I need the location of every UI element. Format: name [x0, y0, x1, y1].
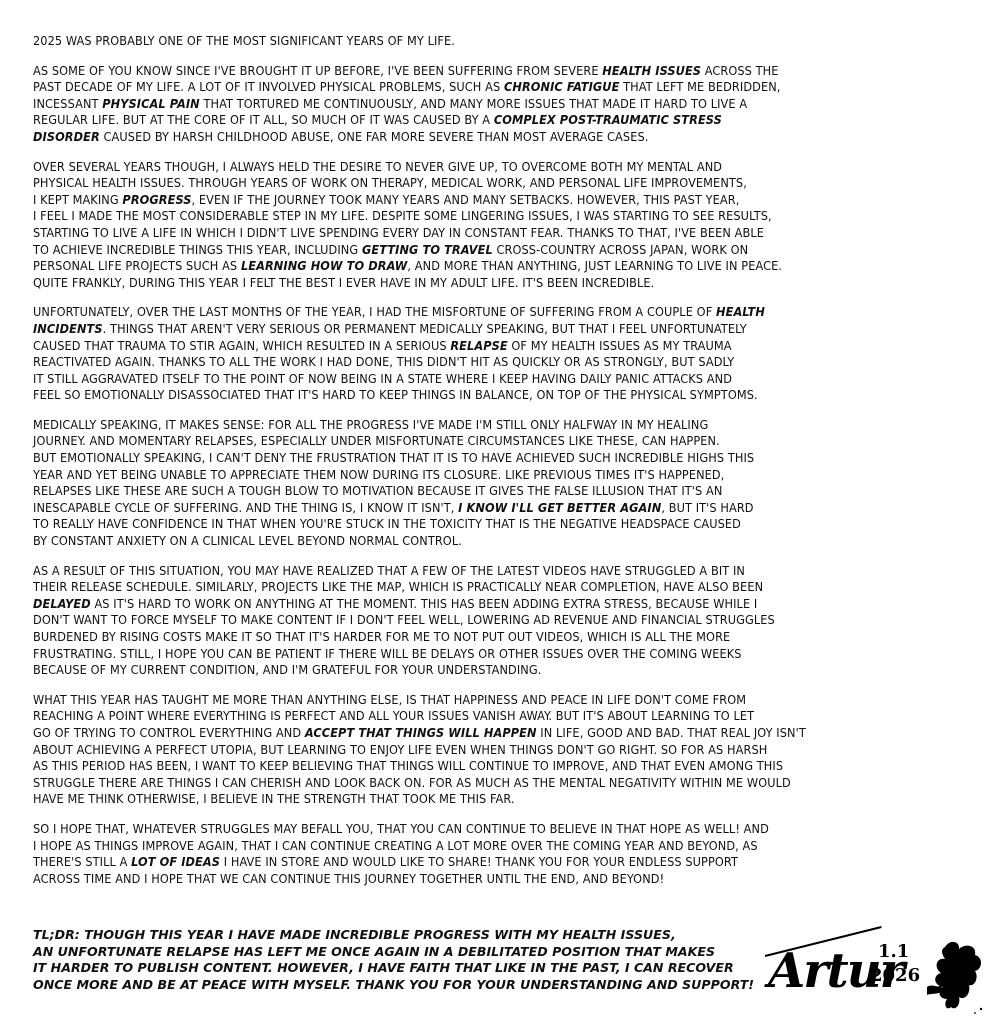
text-segment: physical health issues. Through years of…: [33, 175, 747, 190]
text-line: inescapable cycle of suffering. And the …: [33, 500, 978, 517]
tldr-line: once more and be at peace with myself. T…: [33, 977, 773, 994]
text-line: struggle there are things I can cherish …: [33, 775, 978, 792]
emphasized-text: I know I'll get better again: [458, 500, 661, 515]
text-segment: to really have confidence in that when y…: [33, 516, 741, 531]
text-segment: , and more than anything, just learning …: [407, 258, 782, 273]
emphasized-text: physical pain: [102, 96, 200, 111]
tldr-line: an unfortunate relapse has left me once …: [33, 944, 773, 961]
text-segment: past decade of my life. A lot of it invo…: [33, 79, 504, 94]
emphasized-text: lot of ideas: [131, 854, 220, 869]
emphasized-text: chronic fatigue: [504, 79, 619, 94]
text-line: incessant physical pain that tortured me…: [33, 96, 978, 113]
text-segment: in life, good and bad. That real joy isn…: [537, 725, 806, 740]
tldr-summary: TL;DR: Though this year I have made incr…: [33, 927, 773, 993]
text-segment: , but it's hard: [661, 500, 753, 515]
text-line: journey. And momentary relapses, especia…: [33, 433, 978, 450]
emphasized-text: health: [716, 304, 765, 319]
paragraph: As some of you know since I've brought i…: [33, 63, 978, 146]
text-line: I feel I made the most considerable step…: [33, 208, 978, 225]
emphasized-text: learning how to draw: [241, 258, 407, 273]
text-segment: year and yet being unable to appreciate …: [33, 467, 724, 482]
text-line: past decade of my life. A lot of it invo…: [33, 79, 978, 96]
text-line: relapses like these are such a tough blo…: [33, 483, 978, 500]
text-segment: across the: [701, 63, 779, 78]
text-line: frustrating. Still, I hope you can be pa…: [33, 646, 978, 663]
text-segment: of my health issues as my trauma: [508, 338, 732, 353]
text-segment: caused that trauma to stir again, which …: [33, 338, 450, 353]
text-line: don't want to force myself to make conte…: [33, 612, 978, 629]
text-segment: journey. And momentary relapses, especia…: [33, 433, 720, 448]
text-line: to really have confidence in that when y…: [33, 516, 978, 533]
text-line: year and yet being unable to appreciate …: [33, 467, 978, 484]
text-line: regular life. But at the core of it all,…: [33, 112, 978, 129]
emphasized-text: getting to travel: [362, 242, 493, 257]
text-segment: it still aggravated itself to the point …: [33, 371, 732, 386]
emphasized-text: disorder: [33, 129, 100, 144]
text-line: across time and I hope that we can conti…: [33, 871, 978, 888]
text-segment: caused by harsh childhood abuse, one far…: [100, 129, 649, 144]
text-line: it still aggravated itself to the point …: [33, 371, 978, 388]
text-line: as this period has been, I want to keep …: [33, 758, 978, 775]
text-segment: their release schedule. Similarly, proje…: [33, 579, 763, 594]
text-line: burdened by rising costs make it so that…: [33, 629, 978, 646]
letter-body: 2025 was probably one of the most signif…: [33, 33, 978, 900]
text-line: Over several years though, I always held…: [33, 159, 978, 176]
text-segment: As some of you know since I've brought i…: [33, 63, 602, 78]
text-segment: Medically speaking, it makes sense: for …: [33, 417, 708, 432]
text-segment: regular life. But at the core of it all,…: [33, 112, 494, 127]
paragraph: Over several years though, I always held…: [33, 159, 978, 292]
ink-character-sketch-icon: [925, 937, 987, 1015]
text-line: incidents. Things that aren't very serio…: [33, 321, 978, 338]
tldr-line: it harder to publish content. However, I…: [33, 960, 773, 977]
text-line: I hope as things improve again, that I c…: [33, 838, 978, 855]
text-line: 2025 was probably one of the most signif…: [33, 33, 978, 50]
text-segment: across time and I hope that we can conti…: [33, 871, 664, 886]
text-segment: struggle there are things I can cherish …: [33, 775, 791, 790]
text-segment: to achieve incredible things this year, …: [33, 242, 362, 257]
text-line: to achieve incredible things this year, …: [33, 242, 978, 259]
text-segment: What this year has taught me more than a…: [33, 692, 746, 707]
text-segment: I have in store and would like to share!…: [220, 854, 738, 869]
text-segment: incessant: [33, 96, 102, 111]
text-line: As some of you know since I've brought i…: [33, 63, 978, 80]
paragraph: Unfortunately, over the last months of t…: [33, 304, 978, 404]
text-line: As a result of this situation, you may h…: [33, 563, 978, 580]
text-line: Quite frankly, during this year I felt t…: [33, 275, 978, 292]
paragraph: So I hope that, whatever struggles may b…: [33, 821, 978, 887]
text-segment: as this period has been, I want to keep …: [33, 758, 783, 773]
text-line: about achieving a perfect utopia, but le…: [33, 742, 978, 759]
tldr-line: TL;DR: Though this year I have made incr…: [33, 927, 773, 944]
text-segment: But emotionally speaking, I can't deny t…: [33, 450, 754, 465]
text-segment: that tortured me continuously, and many …: [200, 96, 747, 111]
text-line: So I hope that, whatever struggles may b…: [33, 821, 978, 838]
text-segment: So I hope that, whatever struggles may b…: [33, 821, 769, 836]
emphasized-text: delayed: [33, 596, 91, 611]
text-line: Unfortunately, over the last months of t…: [33, 304, 978, 321]
text-line: feel so emotionally disassociated that i…: [33, 387, 978, 404]
paragraph: Medically speaking, it makes sense: for …: [33, 417, 978, 550]
text-segment: Over several years though, I always held…: [33, 159, 722, 174]
text-line: go of trying to control everything and a…: [33, 725, 978, 742]
text-segment: 2025 was probably one of the most signif…: [33, 33, 455, 48]
signature-year: 2026: [870, 965, 920, 986]
paragraph: What this year has taught me more than a…: [33, 692, 978, 808]
text-line: there's still a lot of ideas I have in s…: [33, 854, 978, 871]
text-segment: about achieving a perfect utopia, but le…: [33, 742, 767, 757]
text-segment: As a result of this situation, you may h…: [33, 563, 745, 578]
emphasized-text: relapse: [450, 338, 507, 353]
text-line: have me think otherwise, I believe in th…: [33, 791, 978, 808]
text-line: But emotionally speaking, I can't deny t…: [33, 450, 978, 467]
text-line: their release schedule. Similarly, proje…: [33, 579, 978, 596]
text-line: because of my current condition, and I'm…: [33, 662, 978, 679]
text-line: personal life projects such as learning …: [33, 258, 978, 275]
text-line: reactivated again. Thanks to all the wor…: [33, 354, 978, 371]
paragraph: As a result of this situation, you may h…: [33, 563, 978, 679]
text-line: delayed as it's hard to work on anything…: [33, 596, 978, 613]
text-segment: I feel I made the most considerable step…: [33, 208, 772, 223]
text-segment: don't want to force myself to make conte…: [33, 612, 775, 627]
text-segment: frustrating. Still, I hope you can be pa…: [33, 646, 742, 661]
text-segment: reactivated again. Thanks to all the wor…: [33, 354, 734, 369]
text-line: What this year has taught me more than a…: [33, 692, 978, 709]
emphasized-text: complex post-traumatic stress: [494, 112, 722, 127]
text-line: reaching a point where everything is per…: [33, 708, 978, 725]
paragraph: 2025 was probably one of the most signif…: [33, 33, 978, 50]
text-segment: cross-country across Japan, work on: [493, 242, 748, 257]
text-segment: starting to live a life in which I didn'…: [33, 225, 764, 240]
text-segment: feel so emotionally disassociated that i…: [33, 387, 758, 402]
text-line: disorder caused by harsh childhood abuse…: [33, 129, 978, 146]
text-segment: I hope as things improve again, that I c…: [33, 838, 758, 853]
text-segment: Quite frankly, during this year I felt t…: [33, 275, 654, 290]
text-line: by constant anxiety on a clinical level …: [33, 533, 978, 550]
text-line: starting to live a life in which I didn'…: [33, 225, 978, 242]
text-segment: because of my current condition, and I'm…: [33, 662, 541, 677]
text-segment: go of trying to control everything and: [33, 725, 305, 740]
text-segment: . Things that aren't very serious or per…: [103, 321, 747, 336]
text-segment: , even if the journey took many years an…: [192, 192, 740, 207]
emphasized-text: incidents: [33, 321, 103, 336]
text-line: I kept making progress, even if the jour…: [33, 192, 978, 209]
text-segment: reaching a point where everything is per…: [33, 708, 754, 723]
text-segment: as it's hard to work on anything at the …: [91, 596, 758, 611]
text-segment: I kept making: [33, 192, 122, 207]
text-segment: personal life projects such as: [33, 258, 241, 273]
emphasized-text: progress: [122, 192, 191, 207]
text-line: physical health issues. Through years of…: [33, 175, 978, 192]
text-segment: burdened by rising costs make it so that…: [33, 629, 730, 644]
text-segment: by constant anxiety on a clinical level …: [33, 533, 462, 548]
signature-date: 1.1: [878, 941, 909, 962]
text-line: Medically speaking, it makes sense: for …: [33, 417, 978, 434]
text-segment: that left me bedridden,: [619, 79, 780, 94]
text-segment: inescapable cycle of suffering. And the …: [33, 500, 458, 515]
emphasized-text: health issues: [602, 63, 701, 78]
emphasized-text: accept that things will happen: [305, 725, 537, 740]
text-segment: there's still a: [33, 854, 131, 869]
text-segment: relapses like these are such a tough blo…: [33, 483, 722, 498]
signature-block: Artur 1.1 2026: [760, 935, 990, 1020]
text-segment: Unfortunately, over the last months of t…: [33, 304, 716, 319]
text-segment: have me think otherwise, I believe in th…: [33, 791, 515, 806]
text-line: caused that trauma to stir again, which …: [33, 338, 978, 355]
